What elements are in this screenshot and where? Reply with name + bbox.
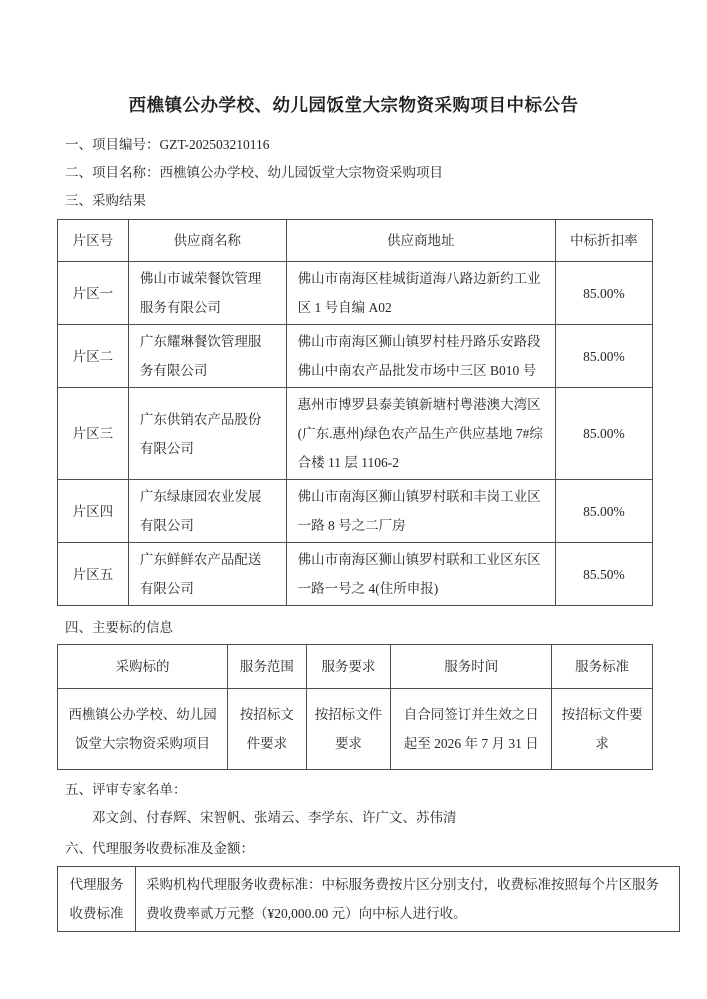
agency-heading: 六、代理服务收费标准及金额： xyxy=(65,840,707,858)
results-heading: 三、采购结果 xyxy=(65,192,707,210)
standard-cell: 按招标文件要求 xyxy=(552,689,653,770)
header-address: 供应商地址 xyxy=(286,220,555,262)
scope-cell: 按招标文件要求 xyxy=(228,689,307,770)
agency-fee-table: 代理服务收费标准 采购机构代理服务收费标准：中标服务费按片区分别支付，收费标准按… xyxy=(57,866,680,932)
header-standard: 服务标准 xyxy=(552,645,653,689)
header-time: 服务时间 xyxy=(391,645,552,689)
table-row: 片区二 广东耀琳餐饮管理服务有限公司 佛山市南海区狮山镇罗村桂丹路乐安路段佛山中… xyxy=(58,325,653,388)
zone-cell: 片区四 xyxy=(58,480,129,543)
address-cell: 佛山市南海区狮山镇罗村联和工业区东区一路一号之 4(住所申报) xyxy=(286,543,555,606)
discount-cell: 85.50% xyxy=(555,543,652,606)
subject-cell: 西樵镇公办学校、幼儿园饭堂大宗物资采购项目 xyxy=(58,689,228,770)
header-discount: 中标折扣率 xyxy=(555,220,652,262)
address-cell: 佛山市南海区狮山镇罗村桂丹路乐安路段佛山中南农产品批发市场中三区 B010 号 xyxy=(286,325,555,388)
header-requirement: 服务要求 xyxy=(306,645,391,689)
header-scope: 服务范围 xyxy=(228,645,307,689)
zone-cell: 片区二 xyxy=(58,325,129,388)
header-subject: 采购标的 xyxy=(58,645,228,689)
agency-content-cell: 采购机构代理服务收费标准：中标服务费按片区分别支付，收费标准按照每个片区服务费收… xyxy=(136,867,680,932)
zone-cell: 片区三 xyxy=(58,388,129,480)
subject-heading: 四、主要标的信息 xyxy=(65,619,707,637)
table-row: 片区四 广东绿康园农业发展有限公司 佛山市南海区狮山镇罗村联和丰岗工业区一路 8… xyxy=(58,480,653,543)
table-row: 代理服务收费标准 采购机构代理服务收费标准：中标服务费按片区分别支付，收费标准按… xyxy=(58,867,680,932)
address-cell: 佛山市南海区桂城街道海八路边新约工业区 1 号自编 A02 xyxy=(286,262,555,325)
address-cell: 佛山市南海区狮山镇罗村联和丰岗工业区一路 8 号之二厂房 xyxy=(286,480,555,543)
supplier-cell: 佛山市诚荣餐饮管理服务有限公司 xyxy=(128,262,286,325)
discount-cell: 85.00% xyxy=(555,388,652,480)
project-name-label: 二、项目名称： xyxy=(65,165,160,180)
project-name-line: 二、项目名称：西樵镇公办学校、幼儿园饭堂大宗物资采购项目 xyxy=(65,164,707,182)
zone-cell: 片区一 xyxy=(58,262,129,325)
supplier-cell: 广东供销农产品股份有限公司 xyxy=(128,388,286,480)
table-row: 片区三 广东供销农产品股份有限公司 惠州市博罗县泰美镇新塘村粤港澳大湾区(广东.… xyxy=(58,388,653,480)
experts-heading: 五、评审专家名单： xyxy=(65,781,707,799)
header-zone: 片区号 xyxy=(58,220,129,262)
page-title: 西樵镇公办学校、幼儿园饭堂大宗物资采购项目中标公告 xyxy=(0,0,707,117)
agency-label-cell: 代理服务收费标准 xyxy=(58,867,136,932)
table-row: 片区五 广东鲜鲜农产品配送有限公司 佛山市南海区狮山镇罗村联和工业区东区一路一号… xyxy=(58,543,653,606)
subject-table: 采购标的 服务范围 服务要求 服务时间 服务标准 西樵镇公办学校、幼儿园饭堂大宗… xyxy=(57,644,653,770)
project-number-line: 一、项目编号：GZT-202503210116 xyxy=(65,136,707,154)
supplier-cell: 广东鲜鲜农产品配送有限公司 xyxy=(128,543,286,606)
header-supplier: 供应商名称 xyxy=(128,220,286,262)
project-number-value: GZT-202503210116 xyxy=(160,137,270,152)
zone-cell: 片区五 xyxy=(58,543,129,606)
project-number-label: 一、项目编号： xyxy=(65,137,160,152)
experts-names: 邓文剑、付春辉、宋智帆、张靖云、李学东、许广文、苏伟清 xyxy=(92,809,707,827)
discount-cell: 85.00% xyxy=(555,325,652,388)
time-cell: 自合同签订并生效之日起至 2026 年 7 月 31 日 xyxy=(391,689,552,770)
table-row: 西樵镇公办学校、幼儿园饭堂大宗物资采购项目 按招标文件要求 按招标文件要求 自合… xyxy=(58,689,653,770)
table-row: 片区一 佛山市诚荣餐饮管理服务有限公司 佛山市南海区桂城街道海八路边新约工业区 … xyxy=(58,262,653,325)
supplier-cell: 广东绿康园农业发展有限公司 xyxy=(128,480,286,543)
subject-header-row: 采购标的 服务范围 服务要求 服务时间 服务标准 xyxy=(58,645,653,689)
address-cell: 惠州市博罗县泰美镇新塘村粤港澳大湾区(广东.惠州)绿色农产品生产供应基地 7#综… xyxy=(286,388,555,480)
discount-cell: 85.00% xyxy=(555,480,652,543)
document-page: 西樵镇公办学校、幼儿园饭堂大宗物资采购项目中标公告 一、项目编号：GZT-202… xyxy=(0,0,707,999)
discount-cell: 85.00% xyxy=(555,262,652,325)
results-header-row: 片区号 供应商名称 供应商地址 中标折扣率 xyxy=(58,220,653,262)
supplier-cell: 广东耀琳餐饮管理服务有限公司 xyxy=(128,325,286,388)
project-name-value: 西樵镇公办学校、幼儿园饭堂大宗物资采购项目 xyxy=(160,165,444,180)
requirement-cell: 按招标文件要求 xyxy=(306,689,391,770)
results-table: 片区号 供应商名称 供应商地址 中标折扣率 片区一 佛山市诚荣餐饮管理服务有限公… xyxy=(57,219,653,606)
